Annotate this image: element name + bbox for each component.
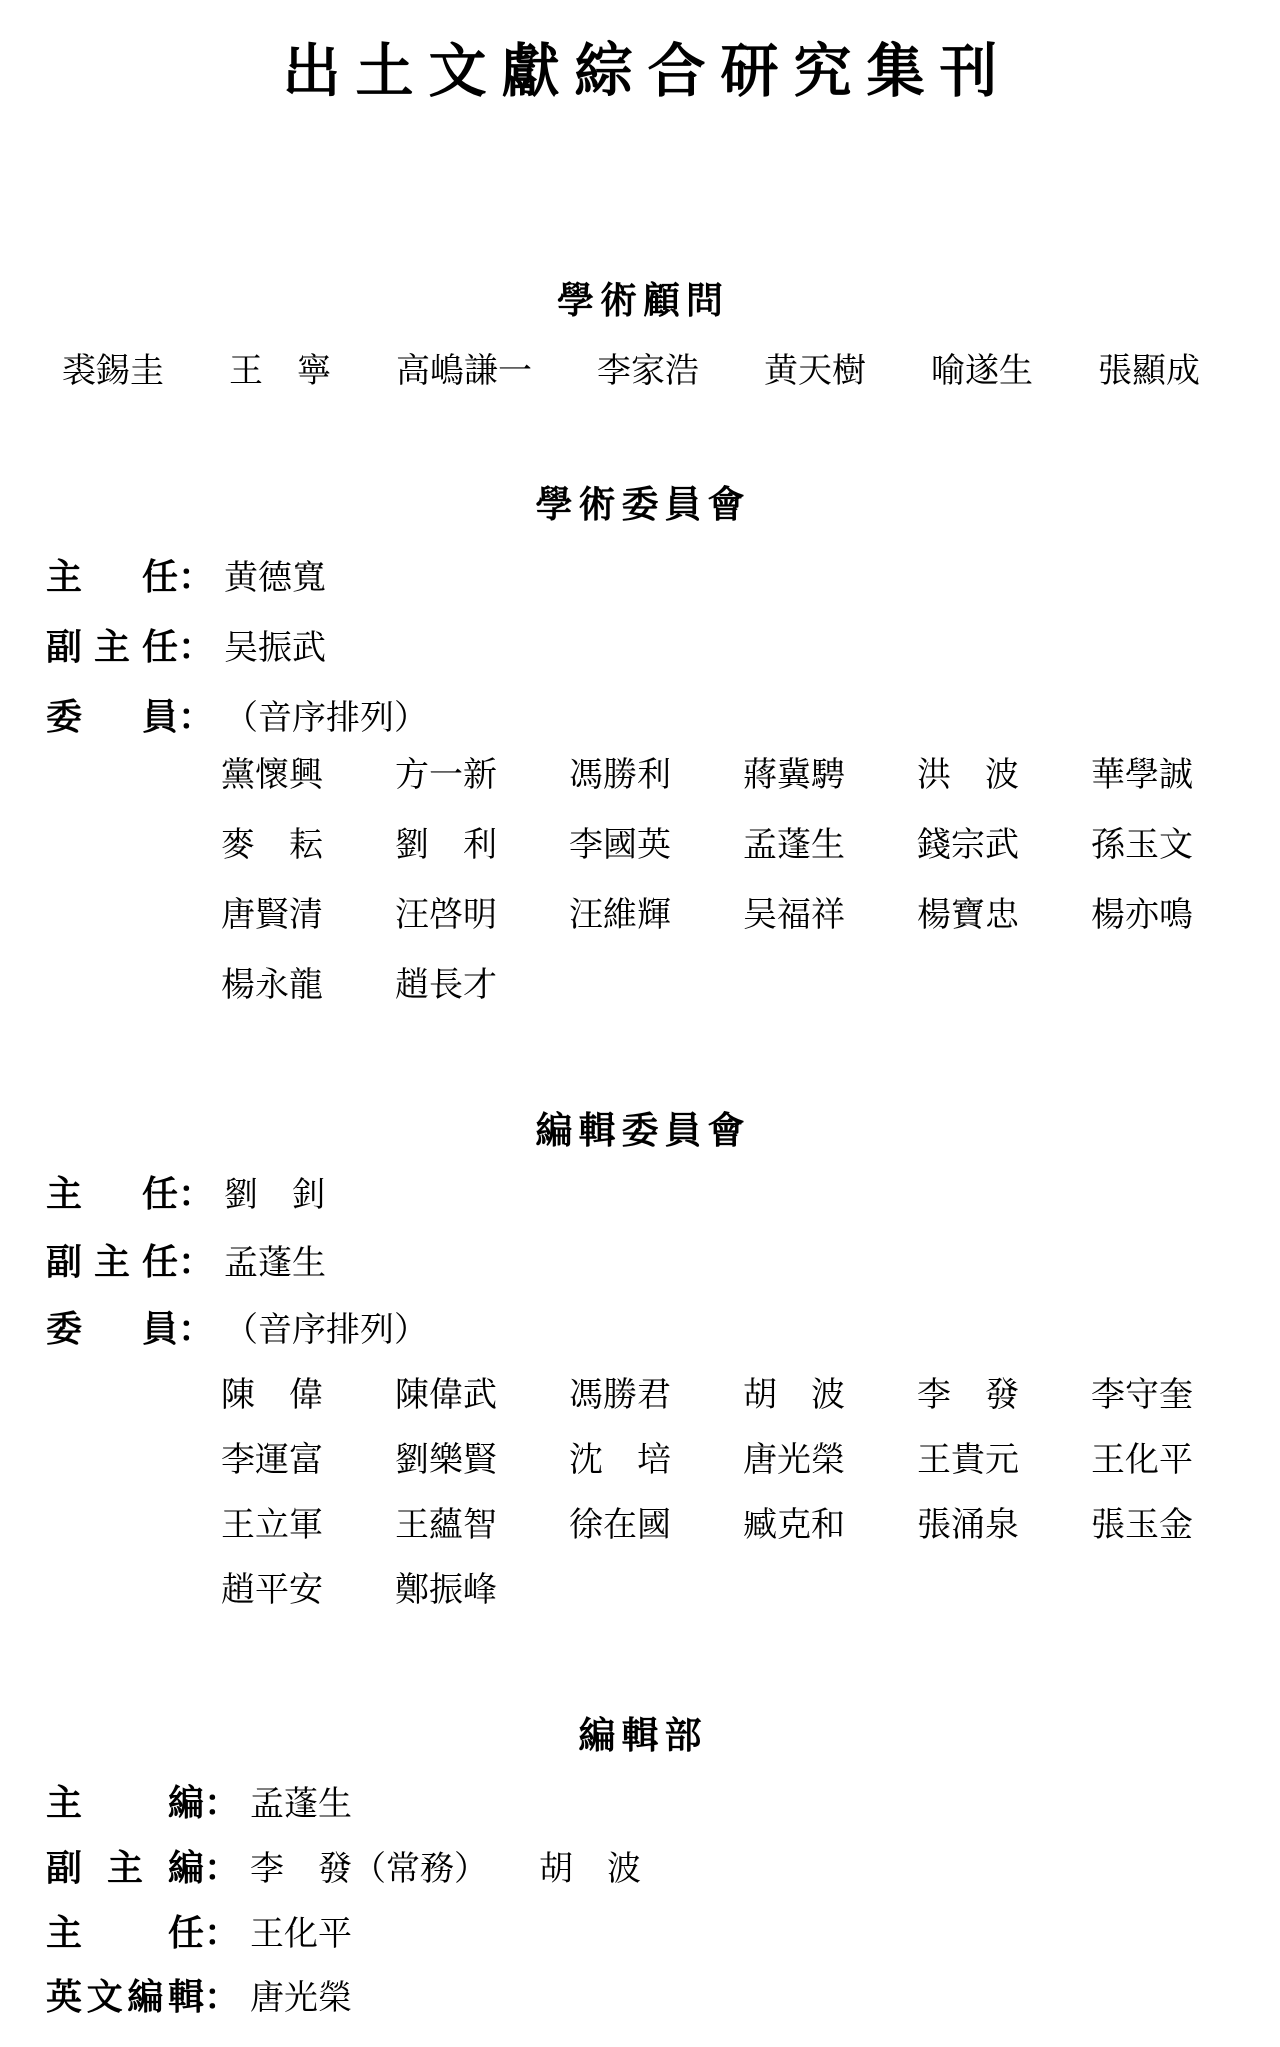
member-name: 趙平安 bbox=[221, 1571, 323, 1610]
role-label: 主編 bbox=[46, 1782, 204, 1823]
role-colon: ： bbox=[204, 1976, 240, 2017]
member-name: 陳 偉 bbox=[221, 1376, 323, 1415]
member-name: 華學誠 bbox=[1091, 756, 1193, 795]
role-value: 李 發（常務） 胡 波 bbox=[250, 1850, 641, 1889]
role-line-editorial-director: 主任：劉 釗 bbox=[46, 1173, 1240, 1215]
role-line-editorial-members: 委員：（音序排列） bbox=[46, 1308, 1240, 1350]
member-name: 馮勝利 bbox=[569, 756, 671, 795]
member-name: 汪啓明 bbox=[395, 896, 497, 935]
members-row: 趙平安 鄭振峰 bbox=[221, 1571, 1240, 1610]
role-value: 唐光榮 bbox=[250, 1979, 352, 2018]
member-name: 張玉金 bbox=[1091, 1506, 1193, 1545]
members-row: 王立軍 王蘊智 徐在國 臧克和 張涌泉 張玉金 bbox=[221, 1506, 1240, 1545]
member-name: 沈 培 bbox=[569, 1441, 671, 1480]
member-name: 楊亦鳴 bbox=[1091, 896, 1193, 935]
member-name: 馮勝君 bbox=[569, 1376, 671, 1415]
member-name: 王貴元 bbox=[917, 1441, 1019, 1480]
member-name: 趙長才 bbox=[395, 966, 497, 1005]
role-colon: ： bbox=[178, 1308, 214, 1349]
role-label: 委員 bbox=[46, 696, 178, 737]
section-heading-academic-committee: 學術委員會 bbox=[0, 474, 1280, 528]
role-label: 副主任 bbox=[46, 1241, 178, 1282]
role-value: （音序排列） bbox=[224, 1311, 428, 1350]
advisor-name: 王 寧 bbox=[229, 352, 331, 391]
member-name: 張涌泉 bbox=[917, 1506, 1019, 1545]
member-name: 唐光榮 bbox=[743, 1441, 845, 1480]
member-name: 鄭振峰 bbox=[395, 1571, 497, 1610]
member-name: 王立軍 bbox=[221, 1506, 323, 1545]
member-name: 劉 利 bbox=[395, 826, 497, 865]
member-name: 黨懷興 bbox=[221, 756, 323, 795]
role-line-department-director: 主任：王化平 bbox=[46, 1912, 1240, 1954]
section-heading-advisors: 學術顧問 bbox=[0, 270, 1280, 324]
role-label: 副主編 bbox=[46, 1847, 204, 1888]
member-name: 孟蓬生 bbox=[743, 826, 845, 865]
role-line-academic-director: 主任：黄德寬 bbox=[46, 556, 1240, 598]
member-name: 陳偉武 bbox=[395, 1376, 497, 1415]
advisor-name: 高嶋謙一 bbox=[396, 352, 532, 391]
role-colon: ： bbox=[178, 556, 214, 597]
role-label: 英文編輯 bbox=[46, 1976, 204, 2017]
member-name: 李 發 bbox=[917, 1376, 1019, 1415]
role-label: 副主任 bbox=[46, 626, 178, 667]
role-colon: ： bbox=[204, 1847, 240, 1888]
members-row: 唐賢清 汪啓明 汪維輝 吴福祥 楊寶忠 楊亦鳴 bbox=[221, 896, 1240, 935]
role-line-editorial-deputy-director: 副主任：孟蓬生 bbox=[46, 1241, 1240, 1283]
journal-front-matter-page: 出土文獻綜合研究集刊 學術顧問 裘錫圭 王 寧 高嶋謙一 李家浩 黄天樹 喻遂生… bbox=[0, 0, 1280, 2047]
member-name: 方一新 bbox=[395, 756, 497, 795]
member-name: 唐賢清 bbox=[221, 896, 323, 935]
role-line-english-editor: 英文編輯：唐光榮 bbox=[46, 1976, 1240, 2018]
member-name: 李守奎 bbox=[1091, 1376, 1193, 1415]
role-line-deputy-chief-editor: 副主編：李 發（常務） 胡 波 bbox=[46, 1847, 1240, 1889]
member-name: 洪 波 bbox=[917, 756, 1019, 795]
advisor-name: 張顯成 bbox=[1098, 352, 1200, 391]
role-colon: ： bbox=[178, 696, 214, 737]
member-name: 徐在國 bbox=[569, 1506, 671, 1545]
section-heading-editorial-committee: 編輯委員會 bbox=[0, 1100, 1280, 1154]
role-line-chief-editor: 主編：孟蓬生 bbox=[46, 1782, 1240, 1824]
advisor-name: 裘錫圭 bbox=[62, 352, 164, 391]
role-value: 黄德寬 bbox=[224, 559, 326, 598]
members-row: 李運富 劉樂賢 沈 培 唐光榮 王貴元 王化平 bbox=[221, 1441, 1240, 1480]
member-name: 臧克和 bbox=[743, 1506, 845, 1545]
member-name: 汪維輝 bbox=[569, 896, 671, 935]
member-name: 李運富 bbox=[221, 1441, 323, 1480]
advisor-name: 喻遂生 bbox=[931, 352, 1033, 391]
member-name: 李國英 bbox=[569, 826, 671, 865]
page-title: 出土文獻綜合研究集刊 bbox=[0, 24, 1280, 108]
advisors-row: 裘錫圭 王 寧 高嶋謙一 李家浩 黄天樹 喻遂生 張顯成 bbox=[62, 352, 1200, 391]
role-colon: ： bbox=[204, 1912, 240, 1953]
role-colon: ： bbox=[204, 1782, 240, 1823]
role-value: （音序排列） bbox=[224, 699, 428, 738]
members-row: 麥 耘 劉 利 李國英 孟蓬生 錢宗武 孫玉文 bbox=[221, 826, 1240, 865]
members-row: 陳 偉 陳偉武 馮勝君 胡 波 李 發 李守奎 bbox=[221, 1376, 1240, 1415]
members-row: 楊永龍 趙長才 bbox=[221, 966, 1240, 1005]
role-value: 王化平 bbox=[250, 1915, 352, 1954]
section-heading-editorial-department: 編輯部 bbox=[0, 1705, 1280, 1759]
advisor-name: 黄天樹 bbox=[764, 352, 866, 391]
role-value: 吴振武 bbox=[224, 629, 326, 668]
advisor-name: 李家浩 bbox=[597, 352, 699, 391]
role-label: 委員 bbox=[46, 1308, 178, 1349]
member-name: 楊永龍 bbox=[221, 966, 323, 1005]
member-name: 孫玉文 bbox=[1091, 826, 1193, 865]
member-name: 王化平 bbox=[1091, 1441, 1193, 1480]
role-colon: ： bbox=[178, 1241, 214, 1282]
role-value: 孟蓬生 bbox=[224, 1244, 326, 1283]
member-name: 吴福祥 bbox=[743, 896, 845, 935]
role-label: 主任 bbox=[46, 1912, 204, 1953]
member-name: 蔣冀騁 bbox=[743, 756, 845, 795]
member-name: 麥 耘 bbox=[221, 826, 323, 865]
role-label: 主任 bbox=[46, 556, 178, 597]
role-value: 孟蓬生 bbox=[250, 1785, 352, 1824]
role-label: 主任 bbox=[46, 1173, 178, 1214]
member-name: 王蘊智 bbox=[395, 1506, 497, 1545]
role-colon: ： bbox=[178, 1173, 214, 1214]
members-row: 黨懷興 方一新 馮勝利 蔣冀騁 洪 波 華學誠 bbox=[221, 756, 1240, 795]
member-name: 楊寶忠 bbox=[917, 896, 1019, 935]
member-name: 劉樂賢 bbox=[395, 1441, 497, 1480]
role-value: 劉 釗 bbox=[224, 1176, 326, 1215]
member-name: 胡 波 bbox=[743, 1376, 845, 1415]
role-line-academic-members: 委員：（音序排列） bbox=[46, 696, 1240, 738]
role-colon: ： bbox=[178, 626, 214, 667]
member-name: 錢宗武 bbox=[917, 826, 1019, 865]
role-line-academic-deputy-director: 副主任：吴振武 bbox=[46, 626, 1240, 668]
